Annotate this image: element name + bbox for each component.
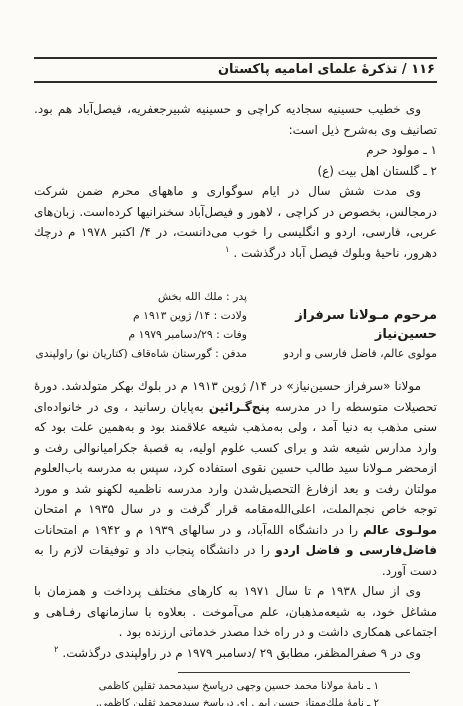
father-line: پدر : ملك الله بخش xyxy=(34,287,247,306)
paragraph-text: را در دانشگاه الله‌آباد، و در سالهای ۱۹۳… xyxy=(34,523,363,537)
list-item: ۱ ـ مولود حرم xyxy=(34,140,437,161)
footnote-item: ۱ ـ نامهٔ مولانا محمد حسین وجهی درپاسخ س… xyxy=(34,678,379,695)
paragraph-education: مولانا «سرفراز حسین‌نیاز» در ۱۴/ ژوین ۱۹… xyxy=(34,376,437,581)
paragraph-death: وی در ۹ صفرالمظفر، مطابق ۲۹ /دسامبر ۱۹۷۹… xyxy=(34,643,437,664)
book-page: ۱۱۶ / تذکرهٔ علمای امامیه پاکستان وی خطی… xyxy=(0,0,463,706)
birth-line: ولادت : ۱۴/ ژوین ۱۹۱۳ م xyxy=(34,306,247,325)
person-title: مولوی عالم، فاضل فارسی و اردو xyxy=(247,344,437,363)
biography-name-block: مرحوم مـولانا سرفراز حسین‌نیاز مولوی عال… xyxy=(247,306,437,363)
works-list: ۱ ـ مولود حرم ۲ ـ گلستان اهل بیت (ع) xyxy=(34,140,437,181)
burial-line: مدفن : گورستان شاه‌قاف (کتاریان نو) راول… xyxy=(34,344,247,363)
paragraph-text: به‌پایان رسانید ، وی در خانواده‌ای سنی م… xyxy=(34,400,437,517)
biography-info-block: پدر : ملك الله بخش ولادت : ۱۴/ ژوین ۱۹۱۳… xyxy=(34,287,247,363)
biography-header: مرحوم مـولانا سرفراز حسین‌نیاز مولوی عال… xyxy=(34,287,437,363)
running-header: ۱۱۶ / تذکرهٔ علمای امامیه پاکستان xyxy=(34,57,437,83)
list-item: ۲ ـ گلستان اهل بیت (ع) xyxy=(34,161,437,182)
degree-name-bold: فاضل‌فارسی و فاضل اردو xyxy=(275,543,437,557)
paragraph-text: وی در ۹ صفرالمظفر، مطابق ۲۹ /دسامبر ۱۹۷۹… xyxy=(59,646,421,660)
school-name-bold: پنج‌گـرائین xyxy=(209,400,270,414)
footnote-divider xyxy=(178,672,410,673)
paragraph-text: وی مدت شش سال در ایام سوگواری و ماههای م… xyxy=(34,184,437,260)
paragraph-works-intro: وی خطیب حسینیه سجادیه کراچی و حسینیه شبی… xyxy=(34,99,437,140)
biography-body: مولانا «سرفراز حسین‌نیاز» در ۱۴/ ژوین ۱۹… xyxy=(34,376,437,663)
footnote-item: ۲ ـ نامهٔ ملك‌ممتاز حسین ایم . ای درپاسخ… xyxy=(34,695,379,706)
degree-name-bold: مولـوی عالم xyxy=(363,523,437,537)
paragraph-death-first-bio: وی مدت شش سال در ایام سوگواری و ماههای م… xyxy=(34,181,437,263)
person-name: مرحوم مـولانا سرفراز حسین‌نیاز xyxy=(247,306,437,344)
footnotes-section: ۱ ـ نامهٔ مولانا محمد حسین وجهی درپاسخ س… xyxy=(34,678,437,706)
intro-section: وی خطیب حسینیه سجادیه کراچی و حسینیه شبی… xyxy=(34,99,437,263)
paragraph-career: وی از سال ۱۹۳۸ م تا سال ۱۹۷۱ به کارهای م… xyxy=(34,581,437,643)
death-line: وفات : ۲۹/دسامبر ۱۹۷۹ م xyxy=(34,325,247,344)
